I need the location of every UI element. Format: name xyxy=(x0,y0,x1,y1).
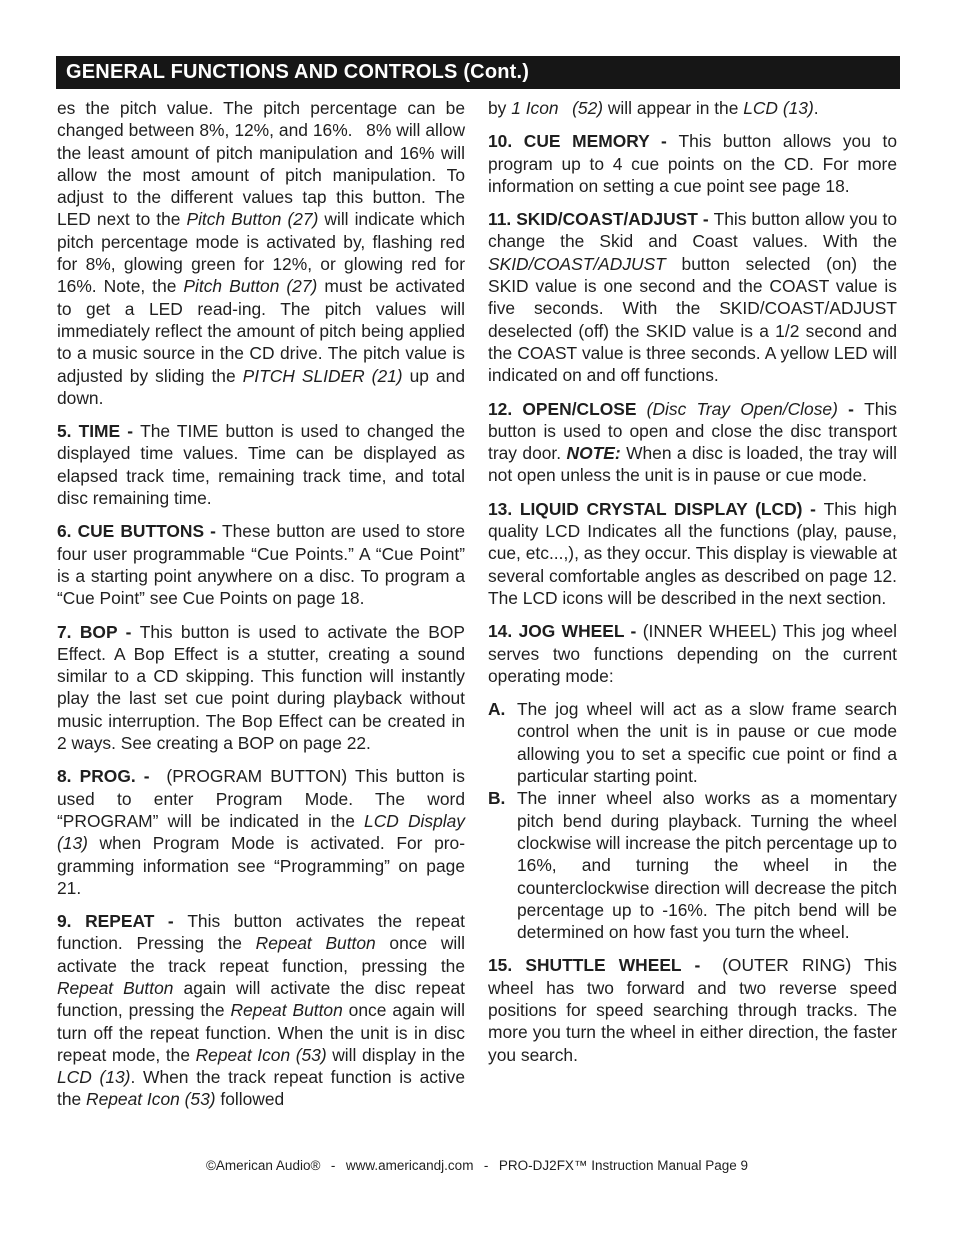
list-marker-a: A. xyxy=(488,698,517,787)
para-6-cue-buttons: 6. CUE BUTTONS - These button are used t… xyxy=(57,520,465,609)
jog-wheel-item-a: A. The jog wheel will act as a slow fram… xyxy=(488,698,897,787)
section-title: GENERAL FUNCTIONS AND CONTROLS (Cont.) xyxy=(66,61,529,84)
para-11-skid-coast-adjust: 11. SKID/COAST/ADJUST - This button allo… xyxy=(488,208,897,386)
para-15-shuttle-wheel: 15. SHUTTLE WHEEL - (OUTER RING) This wh… xyxy=(488,954,897,1065)
para-8-prog: 8. PROG. - (PROGRAM BUTTON) This button … xyxy=(57,765,465,899)
para-pitch-slider-continued: es the pitch value. The pitch percentage… xyxy=(57,97,465,409)
two-column-body: es the pitch value. The pitch percentage… xyxy=(57,97,897,1122)
para-10-cue-memory: 10. CUE MEMORY - This button allows you … xyxy=(488,130,897,197)
page-footer: ©American Audio® - www.americandj.com - … xyxy=(0,1158,954,1173)
jog-wheel-item-b-text: The inner wheel also works as a momentar… xyxy=(517,787,897,943)
left-column: es the pitch value. The pitch percentage… xyxy=(57,97,465,1122)
para-7-bop: 7. BOP - This button is used to activate… xyxy=(57,621,465,755)
footer-text: ©American Audio® - www.americandj.com - … xyxy=(206,1158,748,1173)
para-14-jog-wheel: 14. JOG WHEEL - (INNER WHEEL) This jog w… xyxy=(488,620,897,687)
jog-wheel-item-a-text: The jog wheel will act as a slow frame s… xyxy=(517,698,897,787)
list-marker-b: B. xyxy=(488,787,517,943)
para-9-repeat: 9. REPEAT - This button activates the re… xyxy=(57,910,465,1111)
para-12-open-close: 12. OPEN/CLOSE (Disc Tray Open/Close) - … xyxy=(488,398,897,487)
para-5-time: 5. TIME - The TIME button is used to cha… xyxy=(57,420,465,509)
para-repeat-continued: by 1 Icon (52) will appear in the LCD (1… xyxy=(488,97,897,119)
jog-wheel-item-b: B. The inner wheel also works as a momen… xyxy=(488,787,897,943)
para-13-lcd: 13. LIQUID CRYSTAL DISPLAY (LCD) - This … xyxy=(488,498,897,609)
section-header-bar: GENERAL FUNCTIONS AND CONTROLS (Cont.) xyxy=(56,56,900,89)
right-column: by 1 Icon (52) will appear in the LCD (1… xyxy=(488,97,897,1122)
